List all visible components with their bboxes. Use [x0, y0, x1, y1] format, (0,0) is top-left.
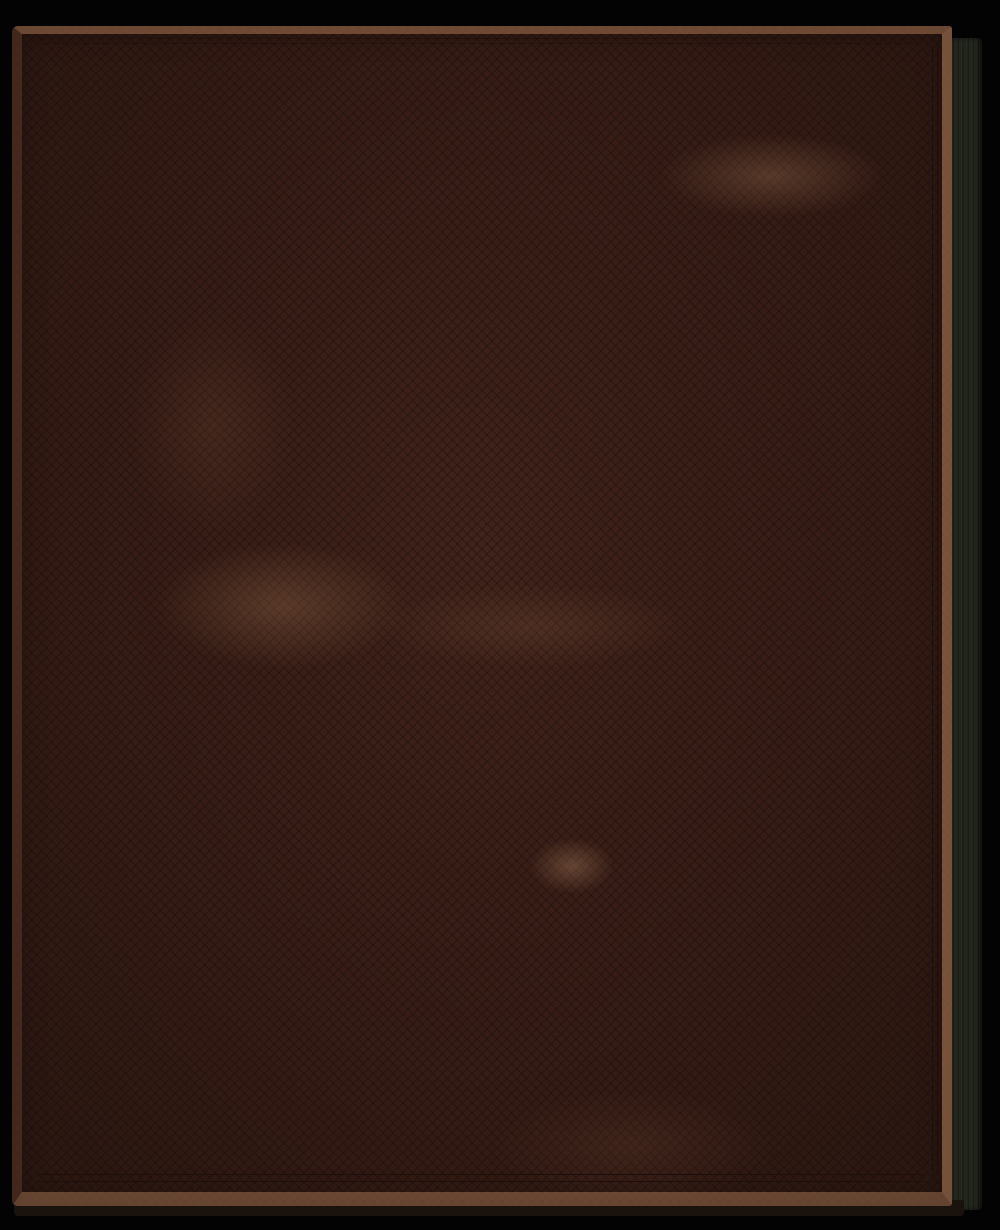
photo-scene: Brown textured leather book cover with w… — [0, 0, 1000, 1230]
book-cover — [12, 26, 952, 1206]
blind-rule-bottom — [38, 1174, 924, 1182]
blind-rule-right — [932, 46, 938, 1176]
blind-rule-top — [38, 38, 924, 44]
